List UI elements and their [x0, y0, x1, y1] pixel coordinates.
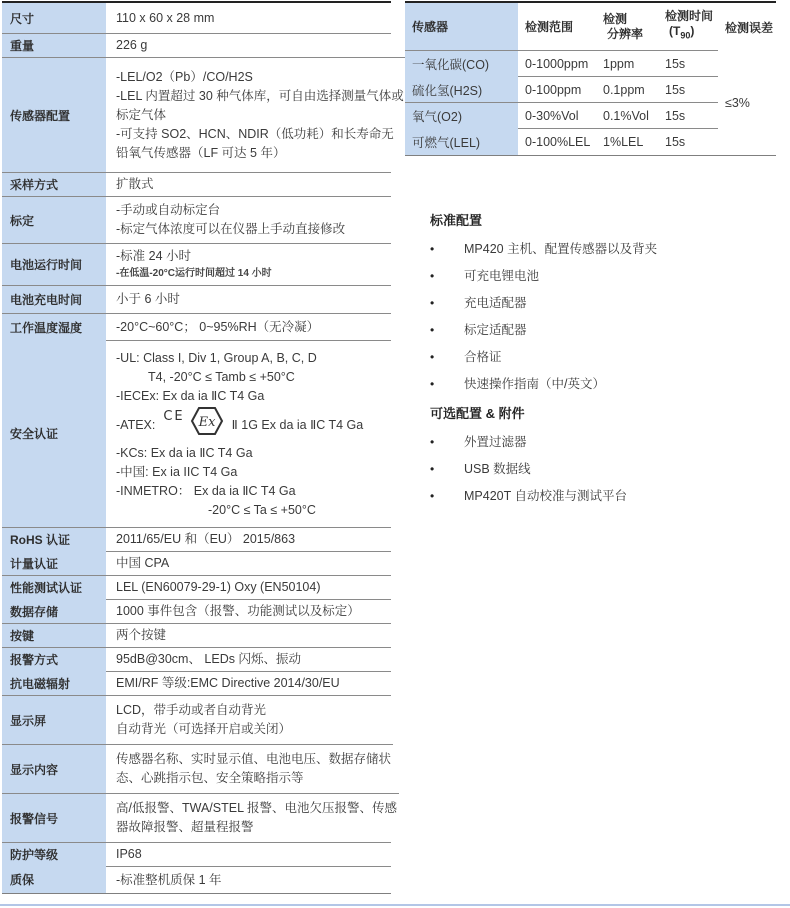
- list-item-text: 标定适配器: [464, 320, 527, 338]
- list-item: •USB 数据线: [430, 459, 775, 486]
- spec-row: 电池充电时间小于 6 小时: [2, 285, 391, 313]
- spec-row-label: 电池运行时间: [2, 243, 106, 285]
- spec-value-line: -20°C~60°C； 0~95%RH（无冷凝）: [116, 318, 389, 337]
- list-item-text: 可充电锂电池: [464, 266, 539, 284]
- spec-row-label: 传感器配置: [2, 57, 106, 172]
- list-item-text: MP420 主机、配置传感器以及背夹: [464, 239, 657, 257]
- spec-row-label: 显示内容: [2, 744, 106, 793]
- list-item-text: USB 数据线: [464, 459, 531, 477]
- spec-row: 抗电磁辐射EMI/RF 等级:EMC Directive 2014/30/EU: [2, 671, 391, 695]
- spec-row-value: 95dB@30cm、 LEDs 闪烁、振动: [106, 647, 391, 671]
- sensor-table-cell: 15s: [658, 51, 718, 77]
- spec-value-line: EMI/RF 等级:EMC Directive 2014/30/EU: [116, 674, 389, 693]
- spec-row-value: IP68: [106, 842, 391, 866]
- list-item: •标定适配器: [430, 320, 775, 347]
- spec-row-value: -标准整机质保 1 年: [106, 866, 391, 893]
- sensor-table-cell: 15s: [658, 129, 718, 155]
- spec-row: 工作温度湿度-20°C~60°C； 0~95%RH（无冷凝）: [2, 313, 391, 340]
- spec-value-line: -标准整机质保 1 年: [116, 871, 389, 890]
- spec-value-line: 2011/65/EU 和（EU） 2015/863: [116, 530, 389, 549]
- sensor-table-cell: 0-30%Vol: [518, 103, 596, 129]
- spec-row-value: 小于 6 小时: [106, 285, 391, 313]
- sensor-table-cell: 0-1000ppm: [518, 51, 596, 77]
- spec-row-label: 质保: [2, 866, 106, 893]
- sensor-table-cell: 硫化氢(H2S): [405, 77, 518, 103]
- spec-row-value: -20°C~60°C； 0~95%RH（无冷凝）: [106, 313, 391, 340]
- spec-value-line: -KCs: Ex da ia ⅡC T4 Ga: [116, 444, 389, 463]
- spec-value-line: 226 g: [116, 36, 389, 55]
- spec-value-line: 传感器名称、实时显示值、电池电压、数据存储状: [116, 750, 391, 769]
- spec-row-label: 工作温度湿度: [2, 313, 106, 340]
- spec-value-line: LCD，带手动或者自动背光: [116, 701, 389, 720]
- sensor-table-cell: 可燃气(LEL): [405, 129, 518, 155]
- atex-rating-text: Ⅱ 1G Ex da ia ⅡC T4 Ga: [232, 417, 364, 432]
- spec-row-value: -UL: Class I, Div 1, Group A, B, C, DT4,…: [106, 340, 391, 527]
- spec-row-label: 按键: [2, 623, 106, 647]
- spec-row-value: 1000 事件包含（报警、功能测试以及标定）: [106, 599, 391, 623]
- ce-mark-icon: CE: [163, 409, 184, 424]
- bullet-icon: •: [430, 377, 464, 391]
- spec-value-line: -可支持 SO2、HCN、NDIR（低功耗）和长寿命无: [116, 125, 404, 144]
- sensor-table-header: 检测时间(T90): [658, 3, 718, 51]
- spec-row-label: 采样方式: [2, 172, 106, 196]
- sensor-table-header: 检测分辨率: [596, 3, 658, 51]
- sensor-table-cell: 15s: [658, 103, 718, 129]
- list-item: •MP420 主机、配置传感器以及背夹: [430, 239, 775, 266]
- sensor-table-header: 检测范围: [518, 3, 596, 51]
- sensor-table-error-merged-cell: ≤3%: [718, 51, 776, 155]
- spec-row-label: 报警信号: [2, 793, 106, 842]
- sensor-table-header: 检测误差: [718, 3, 776, 51]
- spec-row-label: 电池充电时间: [2, 285, 106, 313]
- spec-row-value: -标准 24 小时-在低温-20°C运行时间超过 14 小时: [106, 243, 391, 285]
- spec-value-line: 110 x 60 x 28 mm: [116, 9, 389, 28]
- sensor-table-header: 传感器: [405, 3, 518, 51]
- list-item-text: 充电适配器: [464, 293, 527, 311]
- spec-row: 报警信号高/低报警、TWA/STEL 报警、电池欠压报警、传感器故障报警、超量程…: [2, 793, 391, 842]
- spec-value-line: 扩散式: [116, 175, 389, 194]
- spec-sheet-page: 尺寸110 x 60 x 28 mm重量226 g传感器配置-LEL/O2（Pb…: [0, 0, 790, 908]
- atex-label: -ATEX:: [116, 418, 155, 432]
- spec-row-value: 226 g: [106, 33, 391, 57]
- bullet-icon: •: [430, 462, 464, 476]
- sensor-table-cell: 1%LEL: [596, 129, 658, 155]
- spec-row-value: 中国 CPA: [106, 551, 391, 575]
- list-item: •MP420T 自动校准与测试平台: [430, 486, 775, 513]
- optional-config-section: 可选配置 & 附件 •外置过滤器•USB 数据线•MP420T 自动校准与测试平…: [430, 403, 775, 513]
- spec-value-line: -LEL/O2（Pb）/CO/H2S: [116, 68, 404, 87]
- spec-value-line: 态、心跳指示包、安全策略指示等: [116, 769, 391, 788]
- atex-certification-line: -ATEX:CEExⅡ 1G Ex da ia ⅡC T4 Ga: [116, 406, 389, 444]
- spec-value-line: -手动或自动标定台: [116, 201, 389, 220]
- sensor-table-cell: 氧气(O2): [405, 103, 518, 129]
- list-item: •充电适配器: [430, 293, 775, 320]
- spec-table: 尺寸110 x 60 x 28 mm重量226 g传感器配置-LEL/O2（Pb…: [2, 1, 391, 894]
- bullet-icon: •: [430, 323, 464, 337]
- spec-row-value: 高/低报警、TWA/STEL 报警、电池欠压报警、传感器故障报警、超量程报警: [106, 793, 399, 842]
- spec-row: 重量226 g: [2, 33, 391, 57]
- spec-value-line: -IECEx: Ex da ia ⅡC T4 Ga: [116, 387, 389, 406]
- sensor-table-cell: 15s: [658, 77, 718, 103]
- spec-value-line: T4, -20°C ≤ Tamb ≤ +50°C: [116, 368, 389, 387]
- spec-row: 计量认证中国 CPA: [2, 551, 391, 575]
- spec-value-line: 标定气体: [116, 106, 404, 125]
- spec-row-label: 重量: [2, 33, 106, 57]
- spec-value-line: -在低温-20°C运行时间超过 14 小时: [116, 266, 389, 282]
- spec-value-line: -20°C ≤ Ta ≤ +50°C: [116, 501, 389, 520]
- bullet-icon: •: [430, 350, 464, 364]
- spec-value-line: 95dB@30cm、 LEDs 闪烁、振动: [116, 650, 389, 669]
- page-footer-rule: [0, 904, 790, 906]
- standard-config-section: 标准配置 •MP420 主机、配置传感器以及背夹•可充电锂电池•充电适配器•标定…: [430, 210, 775, 401]
- spec-row: 尺寸110 x 60 x 28 mm: [2, 3, 391, 33]
- atex-ex-hexagon-icon: Ex: [190, 406, 224, 436]
- spec-row-value: 110 x 60 x 28 mm: [106, 3, 391, 33]
- spec-value-line: 高/低报警、TWA/STEL 报警、电池欠压报警、传感: [116, 799, 397, 818]
- spec-row-label: 数据存储: [2, 599, 106, 623]
- spec-row-label: RoHS 认证: [2, 527, 106, 551]
- spec-value-line: LEL (EN60079-29-1) Oxy (EN50104): [116, 578, 389, 597]
- spec-value-line: 1000 事件包含（报警、功能测试以及标定）: [116, 602, 389, 621]
- spec-row-label: 安全认证: [2, 340, 106, 527]
- spec-row: 防护等级IP68: [2, 842, 391, 866]
- spec-row: 安全认证-UL: Class I, Div 1, Group A, B, C, …: [2, 340, 391, 527]
- spec-value-line: 中国 CPA: [116, 554, 389, 573]
- standard-config-title: 标准配置: [430, 210, 775, 229]
- spec-row: 数据存储1000 事件包含（报警、功能测试以及标定）: [2, 599, 391, 623]
- bullet-icon: •: [430, 435, 464, 449]
- sensor-table: 传感器检测范围检测分辨率检测时间(T90)检测误差一氧化碳(CO)0-1000p…: [405, 1, 776, 156]
- optional-config-title: 可选配置 & 附件: [430, 403, 775, 422]
- bullet-icon: •: [430, 269, 464, 283]
- spec-row-value: -手动或自动标定台-标定气体浓度可以在仪器上手动直接修改: [106, 196, 391, 243]
- spec-row-value: 扩散式: [106, 172, 391, 196]
- svg-text:Ex: Ex: [197, 415, 215, 430]
- spec-row-value: -LEL/O2（Pb）/CO/H2S-LEL 内置超过 30 种气体库，可自由选…: [106, 57, 406, 172]
- spec-row-label: 显示屏: [2, 695, 106, 744]
- sensor-table-cell: 0-100ppm: [518, 77, 596, 103]
- spec-row-value: 传感器名称、实时显示值、电池电压、数据存储状态、心跳指示包、安全策略指示等: [106, 744, 393, 793]
- spec-value-line: -UL: Class I, Div 1, Group A, B, C, D: [116, 349, 389, 368]
- spec-row-label: 性能测试认证: [2, 575, 106, 599]
- spec-row-value: 两个按键: [106, 623, 391, 647]
- list-item-text: 快速操作指南（中/英文）: [464, 374, 605, 392]
- sensor-table-cell: 0.1%Vol: [596, 103, 658, 129]
- spec-value-line: 铅氧气传感器（LF 可达 5 年）: [116, 144, 404, 163]
- list-item: •可充电锂电池: [430, 266, 775, 293]
- spec-value-line: 两个按键: [116, 626, 389, 645]
- spec-row: 采样方式扩散式: [2, 172, 391, 196]
- sensor-table-cell: 1ppm: [596, 51, 658, 77]
- spec-value-line: -LEL 内置超过 30 种气体库，可自由选择测量气体或: [116, 87, 404, 106]
- spec-value-line: -中国: Ex ia IIC T4 Ga: [116, 463, 389, 482]
- spec-row-label: 标定: [2, 196, 106, 243]
- spec-value-line: 自动背光（可选择开启或关闭）: [116, 720, 389, 739]
- spec-value-line: IP68: [116, 845, 389, 864]
- bullet-icon: •: [430, 242, 464, 256]
- spec-row: 显示内容传感器名称、实时显示值、电池电压、数据存储状态、心跳指示包、安全策略指示…: [2, 744, 391, 793]
- spec-row-value: 2011/65/EU 和（EU） 2015/863: [106, 527, 391, 551]
- spec-row: 电池运行时间-标准 24 小时-在低温-20°C运行时间超过 14 小时: [2, 243, 391, 285]
- list-item-text: 外置过滤器: [464, 432, 527, 450]
- spec-value-line: -标定气体浓度可以在仪器上手动直接修改: [116, 220, 389, 239]
- sensor-table-cell: 一氧化碳(CO): [405, 51, 518, 77]
- spec-row: 报警方式95dB@30cm、 LEDs 闪烁、振动: [2, 647, 391, 671]
- spec-value-line: 小于 6 小时: [116, 290, 389, 309]
- spec-row: 性能测试认证LEL (EN60079-29-1) Oxy (EN50104): [2, 575, 391, 599]
- spec-value-line: -INMETRO： Ex da ia ⅡC T4 Ga: [116, 482, 389, 501]
- sensor-table-cell: 0.1ppm: [596, 77, 658, 103]
- spec-row: 按键两个按键: [2, 623, 391, 647]
- spec-row-label: 报警方式: [2, 647, 106, 671]
- spec-row: 传感器配置-LEL/O2（Pb）/CO/H2S-LEL 内置超过 30 种气体库…: [2, 57, 391, 172]
- spec-row-label: 计量认证: [2, 551, 106, 575]
- bullet-icon: •: [430, 489, 464, 503]
- bullet-icon: •: [430, 296, 464, 310]
- spec-row: 显示屏LCD，带手动或者自动背光自动背光（可选择开启或关闭）: [2, 695, 391, 744]
- sensor-table-cell: 0-100%LEL: [518, 129, 596, 155]
- spec-row-value: LCD，带手动或者自动背光自动背光（可选择开启或关闭）: [106, 695, 391, 744]
- spec-row-label: 尺寸: [2, 3, 106, 33]
- list-item: •快速操作指南（中/英文）: [430, 374, 775, 401]
- spec-row: 质保-标准整机质保 1 年: [2, 866, 391, 893]
- spec-value-line: 器故障报警、超量程报警: [116, 818, 397, 837]
- list-item: •合格证: [430, 347, 775, 374]
- spec-row: 标定-手动或自动标定台-标定气体浓度可以在仪器上手动直接修改: [2, 196, 391, 243]
- list-item: •外置过滤器: [430, 432, 775, 459]
- spec-row: RoHS 认证2011/65/EU 和（EU） 2015/863: [2, 527, 391, 551]
- spec-row-value: EMI/RF 等级:EMC Directive 2014/30/EU: [106, 671, 391, 695]
- list-item-text: 合格证: [464, 347, 502, 365]
- spec-row-label: 抗电磁辐射: [2, 671, 106, 695]
- spec-value-line: -标准 24 小时: [116, 247, 389, 266]
- spec-row-value: LEL (EN60079-29-1) Oxy (EN50104): [106, 575, 391, 599]
- list-item-text: MP420T 自动校准与测试平台: [464, 486, 627, 504]
- spec-row-label: 防护等级: [2, 842, 106, 866]
